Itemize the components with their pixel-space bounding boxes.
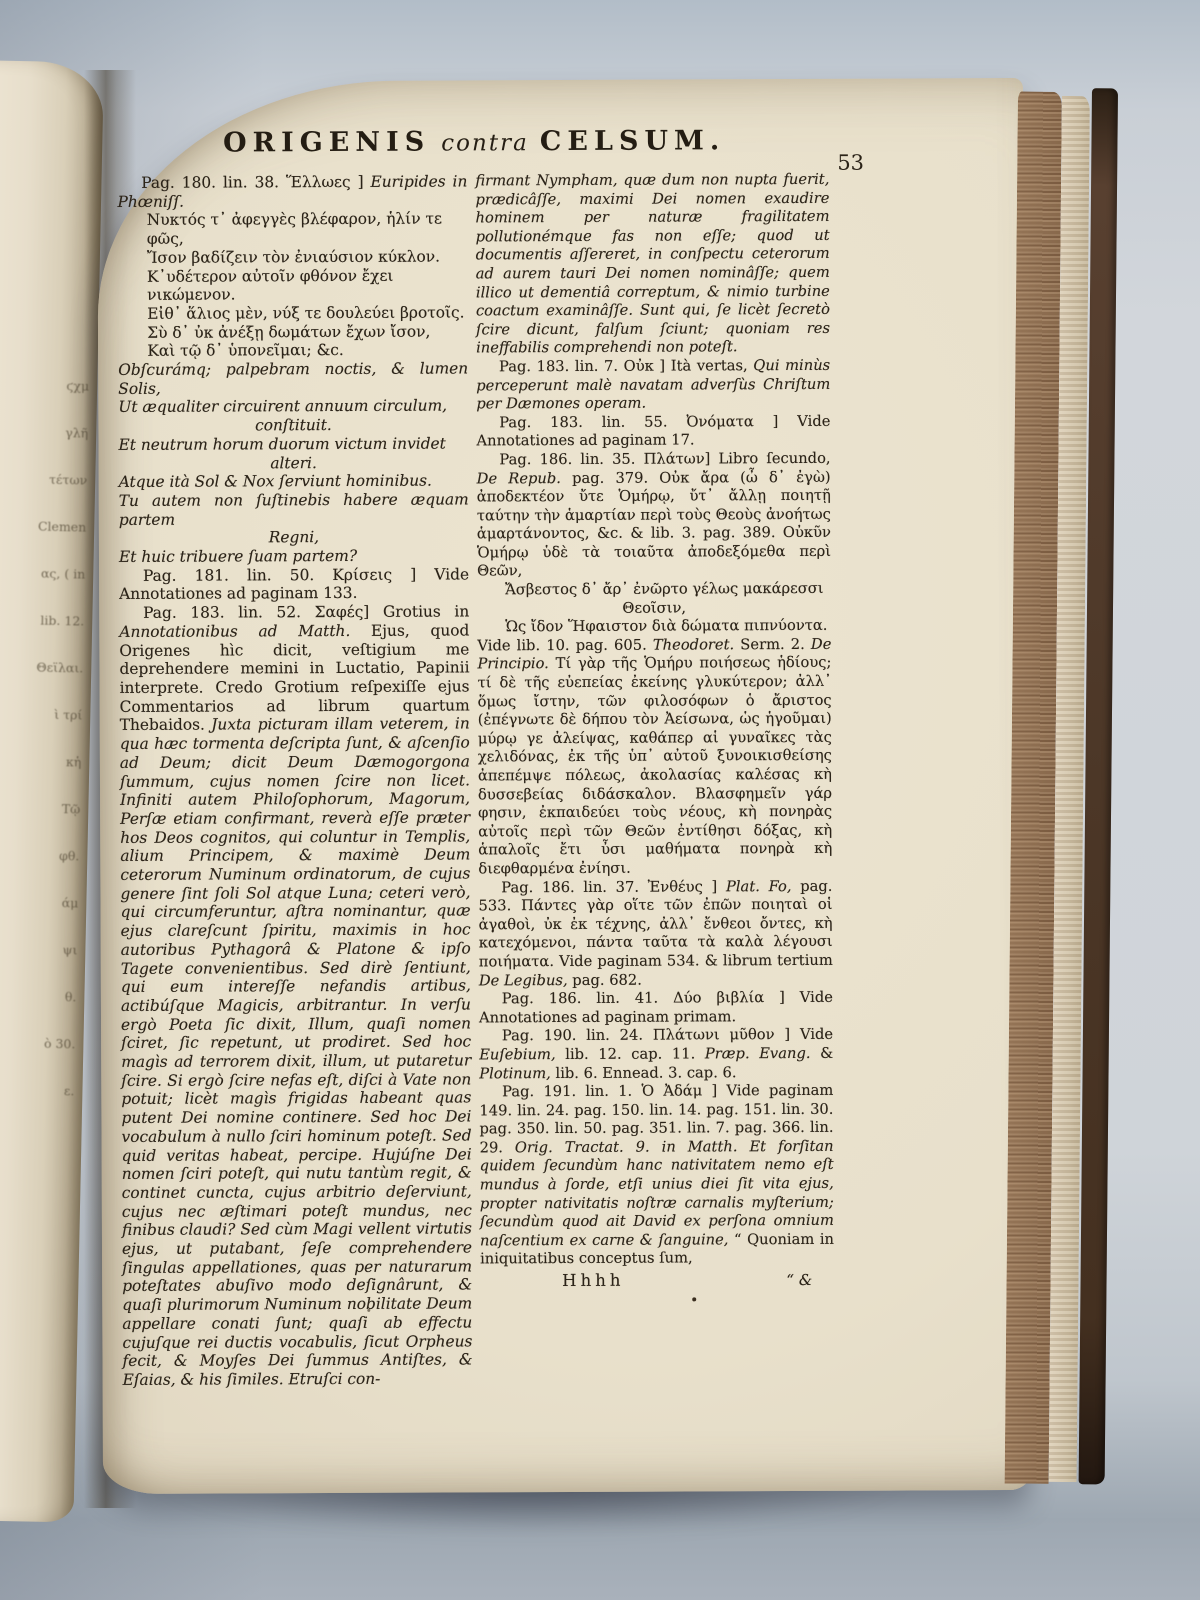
text-run: Pag. 183. lin. 55. xyxy=(499,413,686,431)
paragraph: Ut æqualiter circuirent annuum circulum, xyxy=(118,397,468,417)
text-fragment: φθ. xyxy=(9,831,80,879)
text-fragment: τέτων xyxy=(17,455,88,503)
book-page: ORIGENIS contra CELSUM. 53 Pag. 180. lin… xyxy=(97,78,1029,1494)
text-run: pag. 379. xyxy=(572,469,659,486)
text-run: Πλάτωνι μῦθον ] xyxy=(653,1026,800,1044)
text-run: Pag. 181. lin. 50. xyxy=(143,566,333,585)
text-run: Pag. 183. lin. 52. xyxy=(143,603,315,622)
paragraph: Atque ità Sol & Nox ſerviunt hominibus. xyxy=(119,472,469,492)
text-run: Vide paginam 534. & librum tertium xyxy=(559,952,833,970)
text-run: Θεοῖσιν, xyxy=(622,599,686,616)
text-fragment: γλῆ xyxy=(18,408,89,456)
text-run: Grotius in xyxy=(383,603,469,621)
text-run: Euſebium, xyxy=(479,1046,565,1063)
paragraph: Pag. 183. lin. 55. Ὀνόματα ] Vide Annota… xyxy=(476,413,830,452)
text-run: Vide lib. 10. pag. 605. xyxy=(477,636,653,654)
text-run: lib. 6. Ennead. 3. cap. 6. xyxy=(555,1064,736,1082)
text-run: Οὐκ ] xyxy=(624,357,671,374)
paragraph: conſtituit. xyxy=(118,416,468,436)
text-run: Præp. Evang. xyxy=(705,1045,820,1063)
text-run: Serm. 2. xyxy=(740,636,811,653)
page-number: 53 xyxy=(837,151,864,175)
paragraph: Εἰθ᾽ ἅλιος μὲν, νύξ τε δουλεύει βροτοῖς. xyxy=(147,303,468,323)
facing-page-text-fragments: ϛχμγλῆτέτωνClemenας, ( inlib. 12.Θεϊλαι.… xyxy=(4,361,90,1114)
fore-edge-stack xyxy=(1003,87,1122,1488)
paragraph: Pag. 191. lin. 1. Ὁ Ἀδάμ ] Vide paginam … xyxy=(479,1082,834,1269)
text-column-left: Pag. 180. lin. 38. Ἕλλωες ] Euripides in… xyxy=(117,172,472,1389)
text-run: & xyxy=(820,1045,833,1062)
paragraph: Pag. 183. lin. 7. Οὐκ ] Ità vertas, Qui … xyxy=(476,357,830,414)
text-run: Pag. 180. lin. 38. xyxy=(141,173,286,192)
text-run: Tu autem non ſuſtinebis habere æquam par… xyxy=(119,490,469,528)
right-column-paragraphs: firmant Nympham, quæ dum non nupta fueri… xyxy=(475,171,834,1270)
text-fragment: ϛχμ xyxy=(19,361,90,409)
text-run: Plotinum, xyxy=(479,1065,555,1082)
text-run: Δύο βιβλία ] xyxy=(673,989,800,1007)
paragraph: Καὶ τῷ δ᾽ ὑπονεῖμαι; &c. xyxy=(147,341,468,361)
text-fragment: ας, ( in xyxy=(15,549,86,597)
paragraph: Vide lib. 10. pag. 605. Theodoret. Serm.… xyxy=(477,636,832,879)
paragraph: Κ᾽υδέτερον αὐτοῖν φθόνον ἔχει νικώμενον. xyxy=(147,266,468,305)
text-run: Pag. 191. lin. 1. xyxy=(502,1083,641,1101)
text-fragment: lib. 12. xyxy=(14,596,85,644)
signature-mark: Hhhh xyxy=(562,1272,624,1291)
text-run: Κρίσεις ] xyxy=(332,565,434,583)
text-run: Ità vertas, xyxy=(671,357,754,374)
text-run: Τί γὰρ τῆς Ὁμήρυ ποιήσεως ἡδίους; τί δὲ … xyxy=(478,654,833,877)
paragraph: Pag. 186. lin. 35. Πλάτων] Libro ſecundo… xyxy=(477,450,832,582)
text-run: &c. & lib. 3. pag. 389. xyxy=(597,524,783,542)
paragraph: Σὺ δ᾽ ὐκ ἀνέξῃ δωμάτων ἔχων ἴσον, xyxy=(147,322,468,342)
text-run: Ut æqualiter circuirent annuum circulum, xyxy=(118,397,447,416)
header-title-contra: contra xyxy=(435,130,535,156)
running-header: ORIGENIS contra CELSUM. xyxy=(117,125,831,159)
text-run: Atque ità Sol & Nox ſerviunt hominibus. xyxy=(119,472,432,491)
paragraph: Pag. 190. lin. 24. Πλάτωνι μῦθον ] Vide … xyxy=(479,1026,833,1083)
paragraph: Ἴσον βαδίζειν τὸν ἐνιαύσιον κύκλον. xyxy=(147,247,468,267)
text-run: Ὀνόματα ] xyxy=(686,413,797,430)
text-run: firmant Nympham, quæ dum non nupta fueri… xyxy=(475,171,830,357)
text-run: Vide xyxy=(800,1026,833,1043)
text-run: Annotationibus ad Matth. xyxy=(119,622,371,641)
text-run: Πλάτων] xyxy=(644,450,719,467)
paragraph: Tu autem non ſuſtinebis habere æquam par… xyxy=(119,490,469,529)
text-fragment: Τῷ xyxy=(10,784,81,832)
text-run: Ὁ Ἀδάμ ] xyxy=(641,1082,726,1099)
text-fragment: ψι xyxy=(7,925,78,973)
text-run: Regni, xyxy=(269,528,319,546)
text-run: Ὡς ἴδον Ἥφαιστον διὰ δώματα πιπνύοντα. xyxy=(505,617,827,635)
text-run: De Legibus, xyxy=(479,971,572,988)
text-run: Libro ſecundo, xyxy=(718,450,830,467)
book-photo: ϛχμγλῆτέτωνClemenας, ( inlib. 12.Θεϊλαι.… xyxy=(0,0,1200,1600)
text-run: Pag. 186. lin. 35. xyxy=(499,451,643,469)
text-run: Σαφές] xyxy=(315,603,383,621)
text-run: lib. 12. cap. 11. xyxy=(565,1045,705,1063)
text-fragment: άμ xyxy=(8,878,79,926)
text-fragment: ὶ τρί xyxy=(12,690,83,738)
paragraph: Et neutrum horum duorum victum invidet xyxy=(118,434,468,454)
text-run: Juxta picturam illam veterem, in qua hæc… xyxy=(120,715,473,1389)
paragraph: Et huic tribuere ſuam partem? xyxy=(119,546,469,566)
text-fragment: ε. xyxy=(4,1066,75,1114)
text-run: Σὺ δ᾽ ὐκ ἀνέξῃ δωμάτων ἔχων ἴσον, xyxy=(147,322,430,341)
text-run: Pag. 190. lin. 24. xyxy=(502,1027,653,1045)
text-run: Obſcurámq; palpebram noctis, & lumen Sol… xyxy=(118,359,468,397)
text-run: alteri. xyxy=(270,454,317,472)
text-run: Ἐνθέυς ] xyxy=(648,878,726,895)
text-run: Theodoret. xyxy=(653,636,741,653)
signature-row: Hhhh “ & xyxy=(480,1271,834,1291)
text-fragment: Clemen xyxy=(16,502,87,550)
text-run: Ἄσβεστος δ᾽ ἄρ᾽ ἐνῶρτο γέλως μακάρεσσι xyxy=(505,580,824,598)
text-run: Pag. 183. lin. 7. xyxy=(499,358,624,376)
text-run: Et huic tribuere ſuam partem? xyxy=(119,547,357,566)
text-fragment: θ. xyxy=(6,972,77,1020)
paragraph: Θεοῖσιν, xyxy=(477,598,831,618)
text-run: Καὶ τῷ δ᾽ ὑπονεῖμαι; &c. xyxy=(147,341,344,360)
text-run: Pag. 186. lin. 37. xyxy=(501,878,648,896)
paragraph: Pag. 186. lin. 41. Δύο βιβλία ] Vide Ann… xyxy=(479,989,833,1028)
text-run: Νυκτός τ᾽ ἀφεγγὲς βλέφαρον, ἡλίν τε φῶς, xyxy=(147,210,442,248)
paragraph: Ὡς ἴδον Ἥφαιστον διὰ δώματα πιπνύοντα. xyxy=(505,617,831,637)
header-title-origenis: ORIGENIS xyxy=(223,127,430,159)
text-fragment: ὸ 30. xyxy=(5,1019,76,1067)
paragraph: Pag. 183. lin. 52. Σαφές] Grotius in Ann… xyxy=(119,603,472,1390)
paragraph: Pag. 186. lin. 37. Ἐνθέυς ] Plat. Fo, pa… xyxy=(478,877,832,990)
text-fragment: κἡ xyxy=(11,737,82,785)
text-run: Κ᾽υδέτερον αὐτοῖν φθόνον ἔχει νικώμενον. xyxy=(147,266,394,304)
text-run: Plat. Fo, xyxy=(726,878,800,895)
paragraph: alteri. xyxy=(119,453,469,473)
text-run: pag. 682. xyxy=(572,971,642,988)
ink-speck xyxy=(367,1309,370,1312)
catchword: “ & xyxy=(786,1271,812,1290)
ink-speck xyxy=(692,1297,696,1301)
paragraph: Ἄσβεστος δ᾽ ἄρ᾽ ἐνῶρτο γέλως μακάρεσσι xyxy=(505,580,831,600)
text-run: conſtituit. xyxy=(255,416,332,434)
paragraph: firmant Nympham, quæ dum non nupta fueri… xyxy=(475,171,830,358)
paragraph: Regni, xyxy=(119,528,469,548)
text-run: Orig. Tractat. 9. in Matth. xyxy=(515,1138,750,1156)
text-fragment: Θεϊλαι. xyxy=(13,643,84,691)
paragraph: Obſcurámq; palpebram noctis, & lumen Sol… xyxy=(118,359,468,398)
header-title-celsum: CELSUM. xyxy=(540,125,726,157)
paragraph: Pag. 181. lin. 50. Κρίσεις ] Vide Annota… xyxy=(119,565,469,604)
paragraph: Νυκτός τ᾽ ἀφεγγὲς βλέφαρον, ἡλίν τε φῶς, xyxy=(147,210,468,249)
text-run: Ἕλλωες ] xyxy=(286,173,371,191)
text-run: Pag. 186. lin. 41. xyxy=(502,990,673,1008)
text-column-right: firmant Nympham, quæ dum non nupta fueri… xyxy=(475,171,834,1291)
text-run: Ἴσον βαδίζειν τὸν ἐνιαύσιον κύκλον. xyxy=(147,247,440,266)
paragraph: Pag. 180. lin. 38. Ἕλλωες ] Euripides in… xyxy=(117,172,467,211)
text-run: Εἰθ᾽ ἅλιος μὲν, νύξ τε δουλεύει βροτοῖς. xyxy=(147,303,464,322)
text-run: De Repub. xyxy=(477,469,572,486)
text-run: Et neutrum horum duorum victum invidet xyxy=(118,434,445,453)
